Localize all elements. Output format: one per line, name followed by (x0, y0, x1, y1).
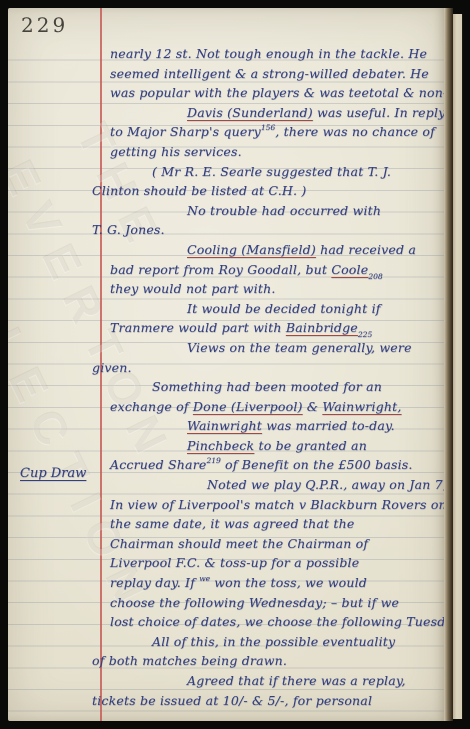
handwriting-text: T. G. Jones. (92, 222, 165, 237)
handwriting-line: bad report from Roy Goodall, but Coole20… (110, 260, 445, 280)
ledger-page: 229 THE EVERTON COLLECTION Cup Draw near… (8, 8, 445, 721)
handwriting-line: Something had been mooted for an (152, 377, 445, 397)
handwriting-text: All of this, in the possible eventuality (152, 634, 395, 649)
underlined-name: Coole (331, 262, 368, 277)
handwriting-line: T. G. Jones. (92, 220, 445, 240)
underlined-name: Done (Liverpool) (193, 399, 303, 414)
annotation-number: 208 (368, 272, 382, 281)
handwriting-text: Chairman should meet the Chairman of (110, 536, 368, 551)
handwriting-text: nearly 12 st. Not tough enough in the ta… (110, 46, 427, 61)
handwriting-text: In view of Liverpool's match v Blackburn… (110, 497, 445, 512)
handwriting-text: tickets be issued at 10/- & 5/-, for per… (92, 693, 372, 708)
handwriting-text: Views on the team generally, were (187, 340, 412, 355)
handwriting-text: Clinton should be listed at C.H. ) (92, 183, 306, 198)
handwriting-text: Agreed that if there was a replay, (187, 673, 406, 688)
handwriting-text: was married to-day. (262, 418, 395, 433)
page-number: 229 (21, 13, 68, 37)
underlined-name: Wainwright, (322, 399, 401, 414)
handwriting-line: was popular with the players & was teeto… (110, 83, 445, 103)
handwriting-line: ( Mr R. E. Searle suggested that T. J. (152, 162, 445, 182)
handwriting-line: seemed intelligent & a strong-willed deb… (110, 64, 445, 84)
handwriting-text: Noted we play Q.P.R., away on Jan 7, 195… (207, 477, 445, 492)
handwriting-text: choose the following Wednesday; – but if… (110, 595, 399, 610)
handwriting-text: Liverpool F.C. & toss-up for a possible (110, 555, 359, 570)
underlined-name: Cooling (Mansfield) (187, 242, 316, 257)
handwriting-line: choose the following Wednesday; – but if… (110, 593, 445, 613)
handwriting-text: ( Mr R. E. Searle suggested that T. J. (152, 164, 391, 179)
handwriting-line: All of this, in the possible eventuality (152, 632, 445, 652)
handwriting-text: getting his services. (110, 144, 242, 159)
handwriting-line: Liverpool F.C. & toss-up for a possible (110, 553, 445, 573)
handwriting-text: lost choice of dates, we choose the foll… (110, 614, 445, 629)
handwriting-line: to Major Sharp's query156, there was no … (110, 122, 445, 142)
handwriting-text: given. (92, 360, 132, 375)
handwriting-line: Tranmere would part with Bainbridge225 (110, 318, 445, 338)
handwriting-text: It would be decided tonight if (187, 301, 381, 316)
handwriting-text: , there was no chance of (275, 124, 435, 139)
handwriting-line: Davis (Sunderland) was useful. In reply (187, 103, 445, 123)
handwriting-line: they would not part with. (110, 279, 445, 299)
handwriting-line: lost choice of dates, we choose the foll… (110, 612, 445, 632)
handwriting-line: exchange of Done (Liverpool) & Wainwrigh… (110, 397, 445, 417)
handwriting-text: to be granted an (254, 438, 367, 453)
handwriting-text: exchange of (110, 399, 193, 414)
underlined-name: Bainbridge (286, 320, 358, 335)
handwriting-line: Accrued Share219 of Benefit on the £500 … (110, 455, 445, 475)
handwriting-text: they would not part with. (110, 281, 276, 296)
handwriting-text: the same date, it was agreed that the (110, 516, 355, 531)
handwriting-line: Chairman should meet the Chairman of (110, 534, 445, 554)
underlined-name: Wainwright (187, 418, 262, 433)
handwriting-line: Pinchbeck to be granted an (187, 436, 445, 456)
annotation-number: 156 (261, 123, 275, 132)
handwriting-line: of both matches being drawn. (92, 651, 445, 671)
handwriting-text: was useful. In reply (313, 105, 445, 120)
handwriting-line: In view of Liverpool's match v Blackburn… (110, 495, 445, 515)
handwriting-text: seemed intelligent & a strong-willed deb… (110, 66, 429, 81)
handwriting-line: Views on the team generally, were (187, 338, 445, 358)
handwriting-line: Agreed that if there was a replay, (187, 671, 445, 691)
handwriting-text: & (303, 399, 323, 414)
handwriting-line: Cooling (Mansfield) had received a (187, 240, 445, 260)
handwriting-text: of Benefit on the £500 basis. (221, 457, 413, 472)
handwriting-text: No trouble had occurred with (187, 203, 381, 218)
underlined-name: Pinchbeck (187, 438, 254, 453)
handwriting-line: getting his services. (110, 142, 445, 162)
margin-note-cup-draw: Cup Draw (20, 466, 86, 481)
handwriting-line: Wainwright was married to-day. (187, 416, 445, 436)
handwriting-line: No trouble had occurred with (187, 201, 445, 221)
underlined-name: Davis (Sunderland) (187, 105, 313, 120)
photo-background: 229 THE EVERTON COLLECTION Cup Draw near… (0, 0, 470, 729)
handwriting-text: was popular with the players & was teeto… (110, 85, 445, 100)
handwriting-line: tickets be issued at 10/- & 5/-, for per… (92, 691, 445, 711)
annotation-number: we (199, 574, 210, 583)
handwriting-line: Noted we play Q.P.R., away on Jan 7, 195… (207, 475, 445, 495)
handwriting-text: of both matches being drawn. (92, 653, 287, 668)
handwriting-text: won the toss, we would (210, 575, 367, 590)
handwriting-text: to Major Sharp's query (110, 124, 261, 139)
handwriting-text: had received a (316, 242, 416, 257)
annotation-number: 225 (358, 330, 372, 339)
handwriting-line: nearly 12 st. Not tough enough in the ta… (110, 44, 445, 64)
handwriting-text: bad report from Roy Goodall, but (110, 262, 331, 277)
handwriting-text: Something had been mooted for an (152, 379, 382, 394)
handwritten-minutes-text: nearly 12 st. Not tough enough in the ta… (102, 44, 445, 710)
handwriting-line: It would be decided tonight if (187, 299, 445, 319)
handwriting-text: Accrued Share (110, 457, 206, 472)
handwriting-text: replay day. If (110, 575, 199, 590)
handwriting-line: given. (92, 358, 445, 378)
annotation-number: 219 (206, 456, 220, 465)
handwriting-line: Clinton should be listed at C.H. ) (92, 181, 445, 201)
handwriting-line: the same date, it was agreed that the (110, 514, 445, 534)
book-gutter-crease (444, 8, 453, 721)
handwriting-line: replay day. If we won the toss, we would (110, 573, 445, 593)
handwriting-text: Tranmere would part with (110, 320, 286, 335)
adjacent-page-edge (453, 14, 463, 719)
